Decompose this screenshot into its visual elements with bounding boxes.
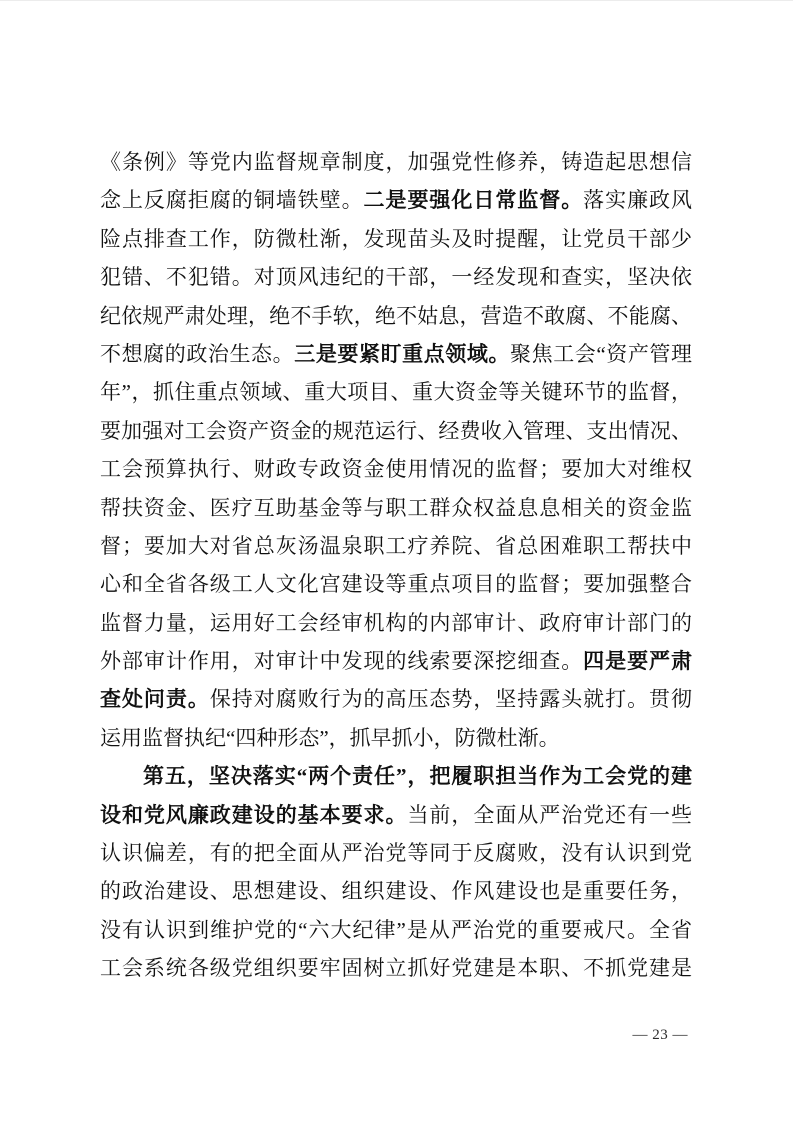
bold-text-segment: 二是要强化日常监督。: [364, 188, 584, 212]
bold-text-segment: 三是要紧盯重点领域。: [294, 342, 510, 366]
document-line: 《条例》等党内监督规章制度，加强党性修养，铸造起思想信: [100, 143, 692, 181]
text-segment: 工会系统各级党组织要牢固树立抓好党建是本职、不抓党建是: [100, 956, 692, 980]
document-body: 《条例》等党内监督规章制度，加强党性修养，铸造起思想信念上反腐拒腐的铜墙铁壁。二…: [100, 143, 692, 988]
document-line: 工会预算执行、财政专政资金使用情况的监督；要加大对维权: [100, 450, 692, 488]
document-line: 没有认识到维护党的“六大纪律”是从严治党的重要戒尺。全省: [100, 911, 692, 949]
document-line: 第五，坚决落实“两个责任”，把履职担当作为工会党的建: [100, 757, 692, 795]
document-line: 年”，抓住重点领域、重大项目、重大资金等关键环节的监督，: [100, 373, 692, 411]
document-line: 查处问责。保持对腐败行为的高压态势，坚持露头就打。贯彻: [100, 680, 692, 718]
bold-text-segment: 四是要严肃: [583, 649, 692, 673]
document-line: 不想腐的政治生态。三是要紧盯重点领域。聚焦工会“资产管理: [100, 335, 692, 373]
text-segment: 保持对腐败行为的高压态势，坚持露头就打。贯彻: [210, 687, 692, 711]
text-segment: 聚焦工会“资产管理: [510, 342, 692, 366]
document-line: 念上反腐拒腐的铜墙铁壁。二是要强化日常监督。落实廉政风: [100, 181, 692, 219]
document-line: 要加强对工会资产资金的规范运行、经费收入管理、支出情况、: [100, 412, 692, 450]
text-segment: 落实廉政风: [583, 188, 692, 212]
text-segment: 《条例》等党内监督规章制度，加强党性修养，铸造起思想信: [100, 150, 692, 174]
document-line: 认识偏差，有的把全面从严治党等同于反腐败，没有认识到党: [100, 834, 692, 872]
text-segment: 监督力量，运用好工会经审机构的内部审计、政府审计部门的: [100, 611, 692, 635]
document-line: 督；要加大对省总灰汤温泉职工疗养院、省总困难职工帮扶中: [100, 527, 692, 565]
text-segment: 纪依规严肃处理，绝不手软，绝不姑息，营造不敢腐、不能腐、: [100, 304, 692, 328]
bold-text-segment: 设和党风廉政建设的基本要求。: [100, 803, 407, 827]
document-page: { "page": { "background": "#ffffff", "te…: [0, 0, 793, 1123]
bold-text-segment: 第五，坚决落实“两个责任”，把履职担当作为工会党的建: [143, 764, 692, 788]
document-line: 设和党风廉政建设的基本要求。当前，全面从严治党还有一些: [100, 796, 692, 834]
document-line: 犯错、不犯错。对顶风违纪的干部，一经发现和查实，坚决依: [100, 258, 692, 296]
text-segment: 犯错、不犯错。对顶风违纪的干部，一经发现和查实，坚决依: [100, 265, 692, 289]
text-segment: 督；要加大对省总灰汤温泉职工疗养院、省总困难职工帮扶中: [100, 534, 692, 558]
text-segment: 认识偏差，有的把全面从严治党等同于反腐败，没有认识到党: [100, 841, 692, 865]
text-segment: 不想腐的政治生态。: [100, 342, 294, 366]
text-segment: 的政治建设、思想建设、组织建设、作风建设也是重要任务，: [100, 879, 692, 903]
text-segment: 险点排查工作，防微杜渐，发现苗头及时提醒，让党员干部少: [100, 227, 692, 251]
document-line: 的政治建设、思想建设、组织建设、作风建设也是重要任务，: [100, 872, 692, 910]
bold-text-segment: 查处问责。: [100, 687, 210, 711]
text-segment: 外部审计作用，对审计中发现的线索要深挖细查。: [100, 649, 583, 673]
text-segment: 年”，抓住重点领域、重大项目、重大资金等关键环节的监督，: [100, 380, 692, 404]
document-line: 外部审计作用，对审计中发现的线索要深挖细查。四是要严肃: [100, 642, 692, 680]
document-line: 帮扶资金、医疗互助基金等与职工群众权益息息相关的资金监: [100, 489, 692, 527]
text-segment: 心和全省各级工人文化宫建设等重点项目的监督；要加强整合: [100, 572, 692, 596]
text-segment: 没有认识到维护党的“六大纪律”是从严治党的重要戒尺。全省: [100, 918, 692, 942]
text-segment: 要加强对工会资产资金的规范运行、经费收入管理、支出情况、: [100, 419, 692, 443]
text-segment: 工会预算执行、财政专政资金使用情况的监督；要加大对维权: [100, 457, 692, 481]
text-segment: 运用监督执纪“四种形态”，抓早抓小，防微杜渐。: [100, 726, 560, 750]
document-line: 险点排查工作，防微杜渐，发现苗头及时提醒，让党员干部少: [100, 220, 692, 258]
document-line: 监督力量，运用好工会经审机构的内部审计、政府审计部门的: [100, 604, 692, 642]
text-segment: 帮扶资金、医疗互助基金等与职工群众权益息息相关的资金监: [100, 496, 692, 520]
page-number: — 23 —: [633, 1026, 689, 1044]
document-line: 运用监督执纪“四种形态”，抓早抓小，防微杜渐。: [100, 719, 692, 757]
document-line: 心和全省各级工人文化宫建设等重点项目的监督；要加强整合: [100, 565, 692, 603]
text-segment: 念上反腐拒腐的铜墙铁壁。: [100, 188, 364, 212]
document-line: 工会系统各级党组织要牢固树立抓好党建是本职、不抓党建是: [100, 949, 692, 987]
text-segment: 当前，全面从严治党还有一些: [407, 803, 692, 827]
document-line: 纪依规严肃处理，绝不手软，绝不姑息，营造不敢腐、不能腐、: [100, 297, 692, 335]
